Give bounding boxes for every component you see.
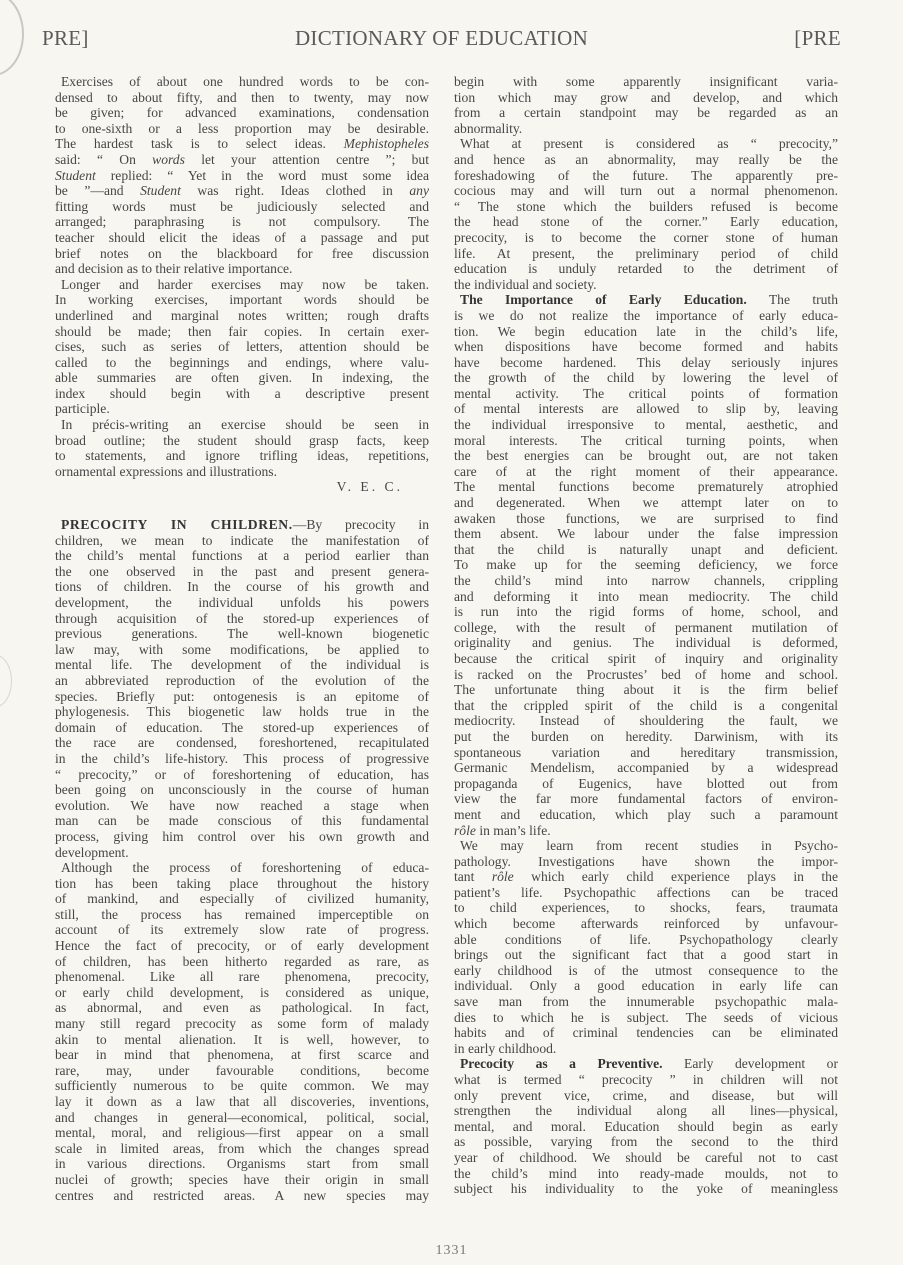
text-line: year of childhood. We should be careful …: [454, 1150, 838, 1166]
text-line: of mankind, and especially of civilized …: [55, 891, 429, 907]
text-run: Early development or: [684, 1056, 838, 1071]
text-line: when dispositions have become formed and…: [454, 339, 838, 355]
text-line: broad outline; the student should grasp …: [55, 433, 429, 449]
text-line: in the child’s life-history. This proces…: [55, 751, 429, 767]
margin-smudge-mark: [0, 655, 12, 707]
text-line: the growth of the child by lowering the …: [454, 370, 838, 386]
text-line: and decision as to their relative import…: [55, 261, 429, 277]
text-line: phenomenal. Like all rare phenomena, pre…: [55, 969, 429, 985]
text-run: The truth: [769, 292, 838, 307]
text-line: have become hardened. This delay serious…: [454, 355, 838, 371]
text-line: underlined and marginal notes written; r…: [55, 308, 429, 324]
text-line: them absent. We labour under the false i…: [454, 526, 838, 542]
text-line: and hence as an abnormality, may really …: [454, 152, 838, 168]
paragraph-continuation: begin with some apparently insignificant…: [454, 74, 838, 136]
running-head-right: [PRE: [794, 26, 841, 51]
text-line: still, the process has remained impercep…: [55, 907, 429, 923]
text-line: In précis-writing an exercise should be …: [55, 417, 429, 433]
text-line: college, with the result of permanent mu…: [454, 620, 838, 636]
text-line: abnormality.: [454, 121, 838, 137]
text-line: many still regard precocity as some form…: [55, 1016, 429, 1032]
text-line: lay it down as a law that all discoverie…: [55, 1094, 429, 1110]
text-line: scale in limited areas, from which the c…: [55, 1141, 429, 1157]
text-line: brief notes on the blackboard for free d…: [55, 246, 429, 262]
paragraph-psychopathology: We may learn from recent studies in Psyc…: [454, 838, 838, 1056]
text-line: account of its extremely slow rate of pr…: [55, 922, 429, 938]
binding-hole-mark: [0, 0, 24, 76]
text-line: tions of children. In the course of his …: [55, 579, 429, 595]
text-line: as abnormal, and even as pathological. I…: [55, 1000, 429, 1016]
text-line: patient’s life. Psychopathic affections …: [454, 885, 838, 901]
text-line: tant rôle which early child experience p…: [454, 869, 838, 885]
text-line: mental life. The development of the indi…: [55, 657, 429, 673]
text-line: strengthen the individual along all line…: [454, 1103, 838, 1119]
page-number: 1331: [0, 1243, 903, 1259]
text-line: the best energies can be brought out, ar…: [454, 448, 838, 464]
text-line: in various directions. Organisms start f…: [55, 1156, 429, 1172]
text-line: children, we mean to indicate the manife…: [55, 533, 429, 549]
text-line: the individual irresponsive to mental, a…: [454, 417, 838, 433]
text-line: that the crippled spirit of the child is…: [454, 698, 838, 714]
section-precocity-as-preventive: Precocity as a Preventive. Early develop…: [454, 1056, 838, 1196]
text-line: development, the individual unfolds his …: [55, 595, 429, 611]
text-line: able summaries are often given. In index…: [55, 370, 429, 386]
entry-heading: PRECOCITY IN CHILDREN.: [61, 517, 293, 532]
left-column: Exercises of about one hundred words to …: [55, 74, 429, 1203]
text-line: densed to about fifty, and then to twent…: [55, 90, 429, 106]
text-line: propaganda of Eugenics, have blotted out…: [454, 776, 838, 792]
text-line: begin with some apparently insignificant…: [454, 74, 838, 90]
paragraph-exercises: Exercises of about one hundred words to …: [55, 74, 429, 277]
text-line: evolution. We have now reached a stage w…: [55, 798, 429, 814]
text-line: law may, with some modifications, be app…: [55, 642, 429, 658]
running-head: PRE] DICTIONARY OF EDUCATION [PRE: [42, 26, 841, 56]
text-line: the child’s mind into narrow channels, c…: [454, 573, 838, 589]
text-run: in man’s life.: [479, 823, 550, 838]
text-line: mental activity. The critical points of …: [454, 386, 838, 402]
text-run: tant: [454, 869, 474, 884]
text-line: called to the beginnings and endings, wh…: [55, 355, 429, 371]
text-line: only prevent vice, crime, and disease, b…: [454, 1088, 838, 1104]
text-line: that the child is naturally unapt and de…: [454, 542, 838, 558]
text-line: Longer and harder exercises may now be t…: [55, 277, 429, 293]
section-heading: The Importance of Early Education.: [460, 292, 747, 307]
text-line: is run into the rigid forms of home, sch…: [454, 604, 838, 620]
text-line: The Importance of Early Education. The t…: [454, 292, 838, 308]
entry-spacer: [55, 495, 429, 517]
text-line: Precocity as a Preventive. Early develop…: [454, 1056, 838, 1072]
text-run: was right. Ideas clothed in: [197, 183, 392, 198]
right-column: begin with some apparently insignificant…: [454, 74, 838, 1197]
text-line: rôle in man’s life.: [454, 823, 838, 839]
text-line: to one-sixth or a less proportion may be…: [55, 121, 429, 137]
italic-text: words: [152, 152, 185, 167]
text-run: said: “ On: [55, 152, 136, 167]
text-line: awaken those functions, we are surprised…: [454, 511, 838, 527]
running-head-title: DICTIONARY OF EDUCATION: [42, 26, 841, 51]
text-run: The hardest task is to select ideas.: [55, 136, 326, 151]
text-line: moral interests. The critical turning po…: [454, 433, 838, 449]
text-line: Although the process of foreshortening o…: [55, 860, 429, 876]
text-run: —By precocity in: [293, 517, 429, 532]
text-line: is racked on the Procrustes’ bed of home…: [454, 667, 838, 683]
text-line: sufficiently numerous to be quite common…: [55, 1078, 429, 1094]
text-line: the individual and society.: [454, 277, 838, 293]
italic-text: rôle: [454, 823, 476, 838]
text-line: to statements, and ignore trifling ideas…: [55, 448, 429, 464]
italic-text: Student: [55, 168, 96, 183]
text-line: care of at the right moment of their app…: [454, 464, 838, 480]
section-importance-early-education: The Importance of Early Education. The t…: [454, 292, 838, 838]
paragraph-longer-exercises: Longer and harder exercises may now be t…: [55, 277, 429, 417]
text-line: habits and of criminal tendencies can be…: [454, 1025, 838, 1041]
text-run: which early child experience plays in th…: [531, 869, 838, 884]
text-line: what is termed “ precocity ” in children…: [454, 1072, 838, 1088]
text-line: process, giving him control over his own…: [55, 829, 429, 845]
text-line: teacher should elicit the ideas of a pas…: [55, 230, 429, 246]
italic-text: Mephistopheles: [344, 136, 429, 151]
text-line: from a certain standpoint may be regarde…: [454, 105, 838, 121]
text-line: individual. Only a good education in ear…: [454, 978, 838, 994]
text-line: in early childhood.: [454, 1041, 838, 1057]
text-line: and degenerated. When we attempt later o…: [454, 495, 838, 511]
entry-precocity-in-children: PRECOCITY IN CHILDREN.—By precocity in c…: [55, 517, 429, 1203]
text-line: should be made; then fair copies. In cer…: [55, 324, 429, 340]
text-line: nuclei of growth; species have their ori…: [55, 1172, 429, 1188]
text-line: or early child development, is considere…: [55, 985, 429, 1001]
italic-text: rôle: [492, 869, 514, 884]
text-line: the race are condensed, foreshortened, r…: [55, 735, 429, 751]
text-line: tion has been taking place throughout th…: [55, 876, 429, 892]
text-line: mental, and moral. Education should begi…: [454, 1119, 838, 1135]
paragraph-precocity-abnormality: What at present is considered as “ preco…: [454, 136, 838, 292]
text-line: species. Briefly put: ontogenesis is an …: [55, 689, 429, 705]
text-line: brings out the significant fact that a g…: [454, 947, 838, 963]
text-line: tion which may grow and develop, and whi…: [454, 90, 838, 106]
text-line: life. At present, the preliminary period…: [454, 246, 838, 262]
text-line: put the burden on heredity. Darwinism, w…: [454, 729, 838, 745]
italic-text: Student: [140, 183, 181, 198]
text-line: cises, such as series of letters, attent…: [55, 339, 429, 355]
text-line: fitting words must be judiciously select…: [55, 199, 429, 215]
text-line: centres and restricted areas. A new spec…: [55, 1188, 429, 1204]
text-line: The hardest task is to select ideas. Mep…: [55, 136, 429, 152]
text-line: What at present is considered as “ preco…: [454, 136, 838, 152]
text-run: let your attention centre ”; but: [201, 152, 429, 167]
text-line: the head stone of the corner.” Early edu…: [454, 214, 838, 230]
text-line: spontaneous variation and hereditary tra…: [454, 745, 838, 761]
text-line: ornamental expressions and illustrations…: [55, 464, 429, 480]
text-line: view the far more fundamental factors of…: [454, 791, 838, 807]
text-line: akin to mental alienation. It is well, h…: [55, 1032, 429, 1048]
text-line: early childhood is of the utmost consequ…: [454, 963, 838, 979]
text-line: be given; for advanced examinations, con…: [55, 105, 429, 121]
text-line: The unfortunate thing about it is the fi…: [454, 682, 838, 698]
text-line: said: “ On words let your attention cent…: [55, 152, 429, 168]
paragraph-precis-writing: In précis-writing an exercise should be …: [55, 417, 429, 495]
text-line: index should begin with a descriptive pr…: [55, 386, 429, 402]
text-line: bear in mind that phenomena, at first sc…: [55, 1047, 429, 1063]
text-line: arranged; paraphrasing is not compulsory…: [55, 214, 429, 230]
text-line: Germanic Mendelism, accompanied by a wid…: [454, 760, 838, 776]
text-line: through acquisition of the stored-up exp…: [55, 611, 429, 627]
text-line: To make up for the seeming deficiency, w…: [454, 557, 838, 573]
text-line: as possible, varying from the second to …: [454, 1134, 838, 1150]
text-line: “ precocity,” or of foreshortening of ed…: [55, 767, 429, 783]
text-line: previous generations. The well-known bio…: [55, 626, 429, 642]
text-line: We may learn from recent studies in Psyc…: [454, 838, 838, 854]
text-line: development.: [55, 845, 429, 861]
text-line: been going on unconsciously in the cours…: [55, 782, 429, 798]
text-line: precocity, is to become the corner stone…: [454, 230, 838, 246]
text-line: because the critical spirit of inquiry a…: [454, 651, 838, 667]
text-line: foreshadowing of the future. The apparen…: [454, 168, 838, 184]
text-line: In working exercises, important words sh…: [55, 292, 429, 308]
text-line: dies to which he is subject. The seeds o…: [454, 1010, 838, 1026]
text-line: and changes in general—economical, polit…: [55, 1110, 429, 1126]
text-line: of children, has been hitherto regarded …: [55, 954, 429, 970]
author-signature: V. E. C.: [55, 479, 429, 495]
text-line: cocious may and will turn out a normal p…: [454, 183, 838, 199]
text-line: mediocrity. Instead of shouldering the f…: [454, 713, 838, 729]
text-line: PRECOCITY IN CHILDREN.—By precocity in: [55, 517, 429, 533]
text-line: mental, moral, and religious—first appea…: [55, 1125, 429, 1141]
italic-text: any: [409, 183, 429, 198]
text-line: the one observed in the past and present…: [55, 564, 429, 580]
text-run: be ”—and: [55, 183, 124, 198]
text-line: “ The stone which the builders refused i…: [454, 199, 838, 215]
text-line: tion. We begin education late in the chi…: [454, 324, 838, 340]
text-line: which become afterwards reinforced by un…: [454, 916, 838, 932]
text-run: replied: “ Yet in the word must some ide…: [111, 168, 429, 183]
text-line: and deforming it into mean mediocrity. T…: [454, 589, 838, 605]
text-line: is we do not realize the importance of e…: [454, 308, 838, 324]
text-line: pathology. Investigations have shown the…: [454, 854, 838, 870]
text-line: an abbreviated reproduction of the evolu…: [55, 673, 429, 689]
text-line: man can be made conscious of this fundam…: [55, 813, 429, 829]
text-line: subject his individuality to the yoke of…: [454, 1181, 838, 1197]
text-line: phylogenesis. This biogenetic law holds …: [55, 704, 429, 720]
text-line: Student replied: “ Yet in the word must …: [55, 168, 429, 184]
text-line: Hence the fact of precocity, or of early…: [55, 938, 429, 954]
text-line: save man from the innumerable psychopath…: [454, 994, 838, 1010]
text-line: able conditions of life. Psychopathology…: [454, 932, 838, 948]
text-line: The mental functions become prematurely …: [454, 479, 838, 495]
text-line: originality and genius. The individual i…: [454, 635, 838, 651]
text-line: the child’s mind into ready-made moulds,…: [454, 1166, 838, 1182]
text-line: to child experiences, to shocks, fears, …: [454, 900, 838, 916]
text-line: Exercises of about one hundred words to …: [55, 74, 429, 90]
text-line: be ”—and Student was right. Ideas clothe…: [55, 183, 429, 199]
text-line: of mental interests are allowed to slip …: [454, 401, 838, 417]
section-heading: Precocity as a Preventive.: [460, 1056, 663, 1071]
text-line: the child’s mental functions at a period…: [55, 548, 429, 564]
text-line: domain of education. The stored-up exper…: [55, 720, 429, 736]
text-line: rare, may, under favourable conditions, …: [55, 1063, 429, 1079]
text-line: participle.: [55, 401, 429, 417]
text-line: ment and education, which play such a pa…: [454, 807, 838, 823]
text-line: education is unduly retarded to the detr…: [454, 261, 838, 277]
